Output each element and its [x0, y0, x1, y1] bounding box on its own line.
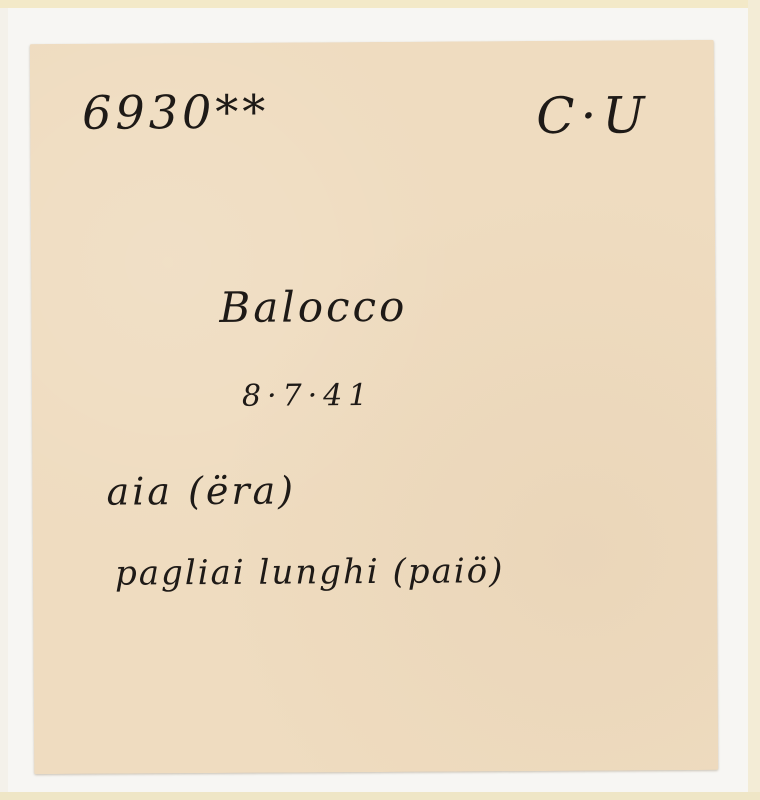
scan-bottom-edge: [0, 792, 760, 800]
term-entry: aia (ëra): [106, 468, 296, 513]
scan-right-edge: [748, 0, 760, 800]
record-date: 8·7·41: [242, 378, 374, 414]
term-entry: pagliai lunghi (paiö): [115, 551, 505, 593]
catalog-number: 6930**: [82, 85, 269, 140]
locality-name: Balocco: [219, 282, 407, 332]
mount-sheet: 6930** C·U Balocco 8·7·41 aia (ëra) pagl…: [8, 8, 748, 792]
collection-code: C·U: [536, 86, 651, 145]
scan-top-edge: [0, 0, 760, 8]
archival-card: 6930** C·U Balocco 8·7·41 aia (ëra) pagl…: [30, 40, 718, 774]
